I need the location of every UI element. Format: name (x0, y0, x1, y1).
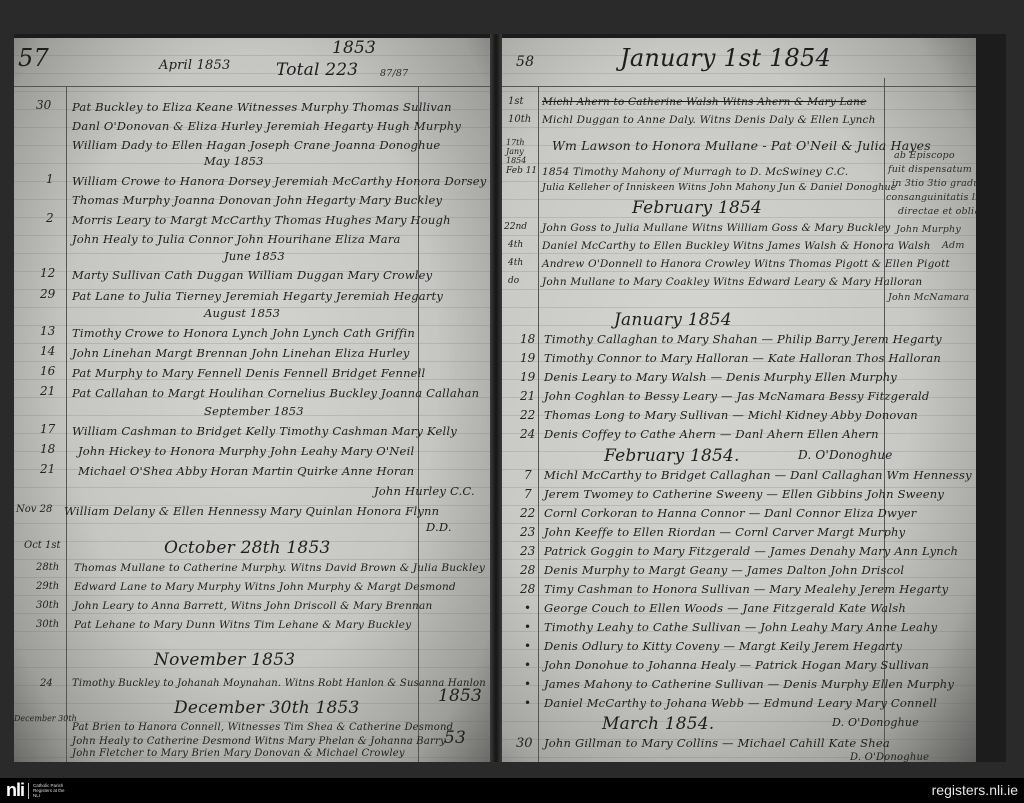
entry-date: 28 (520, 582, 535, 596)
entry-date: • (524, 620, 531, 634)
marriage-entry: John Leary to Anna Barrett, Witns John D… (74, 600, 432, 612)
marriage-entry: Timothy Callaghan to Mary Shahan — Phili… (544, 332, 942, 346)
marriage-entry: Daniel McCarthy to Johana Webb — Edmund … (544, 696, 937, 710)
priest-signature: D. O'Donoghue (798, 448, 893, 462)
marriage-entry: Patrick Goggin to Mary Fitzgerald — Jame… (544, 544, 958, 558)
marriage-entry: John Coghlan to Bessy Leary — Jas McNama… (544, 389, 929, 403)
entry-date: 29 (40, 287, 55, 301)
marriage-entry: William Cashman to Bridget Kelly Timothy… (72, 424, 457, 438)
priest-signature: D. O'Donoghue (832, 716, 919, 729)
marriage-entry: Timothy Connor to Mary Halloran — Kate H… (544, 351, 941, 365)
site-link[interactable]: registers.nli.ie (932, 782, 1018, 798)
marriage-entry: Timothy Crowe to Honora Lynch John Lynch… (72, 326, 415, 340)
marriage-entry: Denis Leary to Mary Walsh — Denis Murphy… (544, 370, 897, 384)
marriage-entry: John Keeffe to Ellen Riordan — Cornl Car… (544, 525, 905, 539)
marriage-entry: John Hickey to Honora Murphy John Leahy … (78, 444, 414, 458)
entry-date: 30th (36, 600, 59, 611)
entry-date: 18 (520, 332, 535, 346)
entry-date: 21 (40, 384, 55, 398)
entry-date: 1 (46, 172, 54, 186)
marriage-entry: Thomas Murphy Joanna Donovan John Hegart… (72, 193, 442, 207)
month-heading: May 1853 (204, 154, 264, 168)
marriage-entry: Daniel McCarthy to Ellen Buckley Witns J… (542, 240, 931, 252)
entry-date: 2 (46, 211, 54, 225)
date-column-rule (66, 86, 67, 762)
marriage-entry: Michl McCarthy to Bridget Callaghan — Da… (544, 468, 972, 482)
entry-date: 18 (40, 442, 55, 456)
month-heading: September 1853 (204, 404, 304, 418)
entry-date: 21 (520, 389, 535, 403)
marriage-entry: John Fletcher to Mary Brien Mary Donovan… (72, 748, 405, 759)
marriage-entry: Denis Odlury to Kitty Coveny — Margt Kei… (544, 639, 902, 653)
nli-logo-text: Catholic Parish Registers at the NLI (33, 783, 69, 798)
month-heading: January 1854 (614, 310, 732, 330)
entry-date: 17 (40, 422, 55, 436)
marriage-entry: Andrew O'Donnell to Hanora Crowley Witns… (542, 258, 950, 270)
register-scan[interactable]: 57 April 1853 1853 Total 223 87/87 30 Pa… (14, 34, 1006, 762)
entry-date: • (524, 639, 531, 653)
entry-date: 23 (520, 544, 535, 558)
marriage-entry: John Goss to Julia Mullane Witns William… (542, 222, 891, 234)
header-month: April 1853 (159, 58, 230, 73)
nli-logo[interactable]: nli Catholic Parish Registers at the NLI (6, 780, 69, 801)
entry-date: 13 (40, 324, 55, 338)
marriage-entry: James Mahony to Catherine Sullivan — Den… (544, 677, 954, 691)
entry-date: 21 (40, 462, 55, 476)
month-heading: August 1853 (204, 306, 280, 320)
entry-date: • (524, 677, 531, 691)
entry-date: 10th (508, 114, 531, 125)
marriage-entry: John Healy to Catherine Desmond Witns Ma… (72, 736, 446, 747)
marriage-entry: John Gillman to Mary Collins — Michael C… (544, 736, 890, 750)
marriage-entry: John Healy to Julia Connor John Hourihan… (72, 232, 401, 246)
entry-date: do (508, 276, 519, 286)
entry-date: 4th (508, 240, 523, 250)
marriage-entry: Pat Callahan to Margt Houlihan Cornelius… (72, 386, 479, 400)
entry-date: Feb 11 (506, 166, 537, 176)
right-page: 58 January 1st 1854 1st Michl Ahern to C… (502, 38, 976, 762)
marriage-entry: John Donohue to Johanna Healy — Patrick … (544, 658, 929, 672)
entry-date: 16 (40, 364, 55, 378)
entry-date: 28 (520, 563, 535, 577)
header-year: 1853 (332, 38, 376, 58)
entry-date: 7 (524, 487, 532, 501)
marriage-entry: William Delany & Ellen Hennessy Mary Qui… (64, 504, 439, 518)
priest-signature: D.D. (426, 520, 452, 534)
header-month: January 1st 1854 (620, 44, 831, 72)
marriage-entry: Michael O'Shea Abby Horan Martin Quirke … (78, 464, 414, 478)
marriage-entry: William Crowe to Hanora Dorsey Jeremiah … (72, 174, 487, 188)
marriage-entry: John Linehan Margt Brennan John Linehan … (72, 346, 410, 360)
entry-date: 23 (520, 525, 535, 539)
month-heading: November 1853 (154, 650, 295, 670)
header-total: Total 223 (276, 60, 358, 80)
marriage-entry: Wm Lawson to Honora Mullane - Pat O'Neil… (552, 138, 931, 153)
entry-date: 22nd (504, 222, 527, 232)
marriage-entry: Pat Buckley to Eliza Keane Witnesses Mur… (72, 100, 452, 114)
marriage-entry: Timothy Buckley to Johanah Moynahan. Wit… (72, 678, 486, 689)
margin-note: ab Episcopo (894, 150, 955, 161)
marriage-entry: William Dady to Ellen Hagan Joseph Crane… (72, 138, 440, 152)
entry-date: Oct 1st (24, 540, 61, 551)
priest-signature: John Hurley C.C. (374, 484, 475, 498)
margin-note: directae et obliquae (898, 206, 976, 217)
entry-date: • (524, 696, 531, 710)
entry-date: • (524, 601, 531, 615)
marriage-entry: 1854 Timothy Mahony of Murragh to D. McS… (542, 166, 848, 178)
date-column-rule (538, 86, 539, 762)
marriage-entry: Pat Brien to Hanora Connell, Witnesses T… (72, 722, 453, 733)
marriage-entry: John Mullane to Mary Coakley Witns Edwar… (542, 276, 922, 288)
margin-note: John McNamara (888, 292, 969, 303)
margin-note: John Murphy (896, 224, 961, 235)
margin-total: 53 (444, 728, 466, 748)
book-gutter (490, 34, 502, 762)
entry-date: December 30th (14, 714, 77, 723)
entry-date: 12 (40, 266, 55, 280)
marriage-entry: Denis Murphy to Margt Geany — James Dalt… (544, 563, 904, 577)
viewer-footer: nli Catholic Parish Registers at the NLI… (0, 778, 1024, 803)
marriage-entry: Pat Lehane to Mary Dunn Witns Tim Lehane… (74, 619, 411, 631)
entry-date: 30 (36, 98, 51, 112)
month-heading: February 1854 (632, 198, 762, 218)
entry-date: 28th (36, 562, 59, 573)
entry-date: 30 (516, 736, 533, 751)
margin-note: consanguinitatis lineae (886, 192, 976, 203)
logo-divider (28, 783, 29, 799)
marriage-entry: Thomas Long to Mary Sullivan — Michl Kid… (544, 408, 918, 422)
marriage-entry: Timy Cashman to Honora Sullivan — Mary M… (544, 582, 948, 596)
nli-logo-mark: nli (6, 780, 24, 801)
marriage-entry: Jerem Twomey to Catherine Sweeny — Ellen… (544, 487, 944, 501)
marriage-entry: Pat Lane to Julia Tierney Jeremiah Hegar… (72, 289, 443, 303)
marriage-entry: George Couch to Ellen Woods — Jane Fitzg… (544, 601, 906, 615)
entry-date: 19 (520, 370, 535, 384)
marriage-entry: Marty Sullivan Cath Duggan William Dugga… (72, 268, 432, 282)
marriage-entry: Julia Kelleher of Inniskeen Witns John M… (542, 182, 897, 193)
header-rule (502, 86, 976, 87)
entry-date: 24 (520, 427, 535, 441)
entry-date: Nov 28 (16, 504, 52, 515)
image-viewer[interactable]: 57 April 1853 1853 Total 223 87/87 30 Pa… (0, 0, 1024, 778)
marriage-entry: Michl Duggan to Anne Daly. Witns Denis D… (542, 114, 876, 126)
left-page: 57 April 1853 1853 Total 223 87/87 30 Pa… (14, 38, 490, 762)
entry-date: 1st (508, 96, 524, 107)
entry-date: 22 (520, 506, 535, 520)
marriage-entry: Morris Leary to Margt McCarthy Thomas Hu… (72, 213, 451, 227)
entry-date: 22 (520, 408, 535, 422)
margin-note: Adm (942, 240, 965, 251)
month-heading: February 1854. (604, 446, 740, 466)
header-note: 87/87 (380, 68, 408, 79)
marriage-entry: Danl O'Donovan & Eliza Hurley Jeremiah H… (72, 119, 461, 133)
month-heading: December 30th 1853 (174, 698, 360, 718)
entry-date: 4th (508, 258, 523, 268)
margin-note: fuit dispensatum (888, 164, 972, 175)
entry-date: 17th Jany 1854 (506, 138, 538, 165)
month-heading: June 1853 (224, 249, 285, 263)
marriage-entry: Cornl Corkoran to Hanna Connor — Danl Co… (544, 506, 916, 520)
margin-total: 1853 (438, 686, 482, 706)
marriage-entry: Edward Lane to Mary Murphy Witns John Mu… (74, 581, 456, 593)
entry-date: 30th (36, 619, 59, 630)
entry-date: 29th (36, 581, 59, 592)
entry-date: 14 (40, 344, 55, 358)
month-heading: October 28th 1853 (164, 538, 330, 558)
marriage-entry: Denis Coffey to Cathe Ahern — Danl Ahern… (544, 427, 879, 441)
marriage-entry: Pat Murphy to Mary Fennell Denis Fennell… (72, 366, 425, 380)
page-number: 57 (18, 44, 49, 72)
page-number: 58 (516, 54, 534, 70)
marriage-entry: Thomas Mullane to Catherine Murphy. Witn… (74, 562, 485, 574)
entry-date: 7 (524, 468, 532, 482)
month-heading: March 1854. (602, 714, 714, 734)
margin-note: in 3tio 3tio gradu (892, 178, 976, 189)
priest-signature: D. O'Donoghue (850, 752, 929, 762)
entry-date: 19 (520, 351, 535, 365)
marriage-entry: Timothy Leahy to Cathe Sullivan — John L… (544, 620, 937, 634)
marriage-entry-cancelled: Michl Ahern to Catherine Walsh Witns Ahe… (542, 96, 867, 108)
entry-date: • (524, 658, 531, 672)
